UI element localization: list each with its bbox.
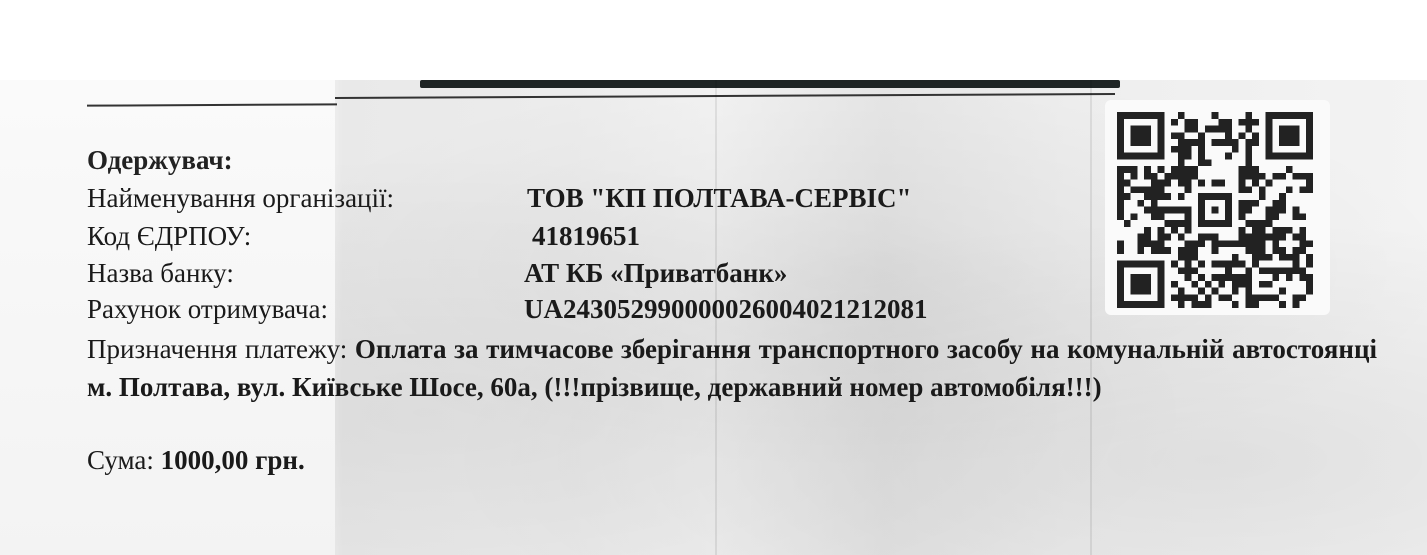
- field-label: Код ЄДРПОУ:: [87, 221, 251, 252]
- paper-fold: [1090, 80, 1092, 555]
- sum-label: Сума:: [87, 445, 154, 475]
- field-bank-name: Назва банку: АТ КБ «Приватбанк»: [87, 258, 234, 289]
- paper-dark-edge: [420, 80, 1120, 88]
- field-value: АТ КБ «Приватбанк»: [524, 258, 787, 289]
- field-label: Рахунок отримувача:: [87, 294, 328, 325]
- field-account: Рахунок отримувача: UA243052990000026004…: [87, 294, 328, 325]
- sum-value: 1000,00 грн.: [161, 445, 305, 475]
- field-label: Найменування організації:: [87, 183, 394, 214]
- field-value: UA243052990000026004021212081: [524, 294, 928, 325]
- field-value: ТОВ "КП ПОЛТАВА-СЕРВІС": [527, 183, 911, 214]
- purpose-label: Призначення платежу:: [87, 334, 347, 364]
- recipient-heading: Одержувач:: [87, 145, 233, 176]
- qr-code: [1105, 100, 1330, 315]
- payment-sum: Сума: 1000,00 грн.: [87, 445, 305, 476]
- qr-code-icon: [1117, 112, 1313, 308]
- field-label: Назва банку:: [87, 258, 234, 289]
- payment-purpose: Призначення платежу: Оплата за тимчасове…: [87, 330, 1377, 406]
- field-edrpou: Код ЄДРПОУ: 41819651: [87, 221, 251, 252]
- field-value: 41819651: [532, 221, 640, 252]
- field-org-name: Найменування організації: ТОВ "КП ПОЛТАВ…: [87, 183, 394, 214]
